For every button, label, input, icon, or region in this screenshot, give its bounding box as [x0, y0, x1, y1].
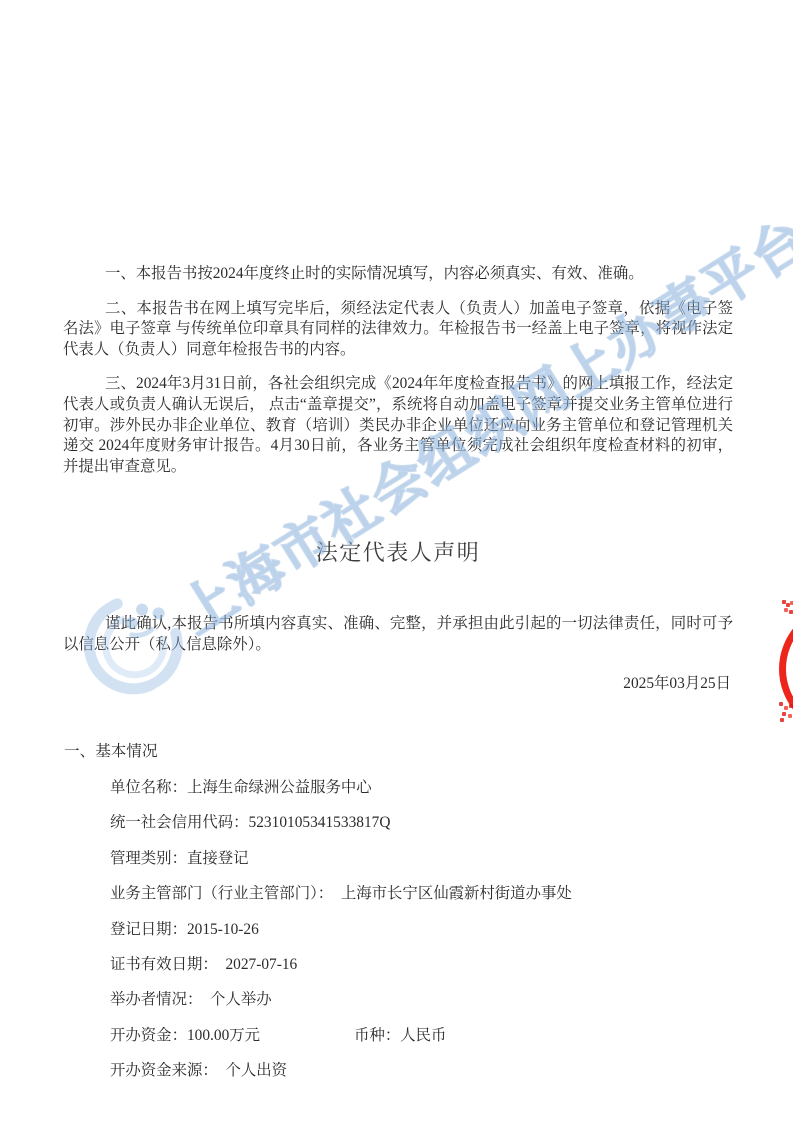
field-row-credit-code: 统一社会信用代码：52310105341533817Q	[110, 805, 734, 840]
field-value: 直接登记	[187, 850, 249, 867]
declaration-date: 2025年03月25日	[623, 671, 731, 693]
seal-text-fragment-bottom	[779, 702, 783, 706]
instruction-notes: 一、本报告书按2024年度终止时的实际情况填写，内容必须真实、有效、准确。 二、…	[63, 264, 733, 491]
field-label: 开办资金：	[110, 1027, 187, 1044]
field-value: 上海生命绿洲公益服务中心	[187, 779, 372, 796]
basic-info-fields: 单位名称：上海生命绿洲公益服务中心 统一社会信用代码：5231010534153…	[110, 770, 734, 1089]
field-value-currency: 人民币	[400, 1027, 446, 1044]
field-value: 52310105341533817Q	[249, 814, 391, 831]
field-value: 100.00万元	[187, 1027, 260, 1044]
official-seal-partial	[779, 604, 793, 734]
field-label: 登记日期：	[110, 921, 187, 938]
seal-text-fragment-top	[782, 600, 786, 604]
field-label: 开办资金来源：	[110, 1062, 210, 1079]
field-value: 2027-07-16	[210, 956, 297, 973]
declaration-title: 法定代表人声明	[63, 536, 733, 567]
field-label-currency: 币种：	[354, 1027, 400, 1044]
note-paragraph-1: 一、本报告书按2024年度终止时的实际情况填写，内容必须真实、有效、准确。	[63, 264, 733, 285]
field-row-certificate-valid-date: 证书有效日期： 2027-07-16	[110, 947, 734, 982]
section-heading-basic-info: 一、基本情况	[64, 739, 158, 761]
field-row-founder-type: 举办者情况： 个人举办	[110, 982, 734, 1017]
document-page: 上海市社会组织网上办事平台 一、本报告书按2024年度终止时的实际情况填写，内容…	[0, 0, 793, 1123]
field-label: 举办者情况：	[110, 991, 195, 1008]
field-label: 单位名称：	[110, 779, 187, 796]
field-row-initial-funding: 开办资金：100.00万元币种：人民币	[110, 1018, 734, 1053]
declaration-body: 谨此确认,本报告书所填内容真实、准确、完整，并承担由此引起的一切法律责任，同时可…	[63, 614, 733, 655]
field-row-registration-date: 登记日期：2015-10-26	[110, 912, 734, 947]
field-label: 证书有效日期：	[110, 956, 210, 973]
field-row-supervisory-department: 业务主管部门（行业主管部门）： 上海市长宁区仙霞新村街道办事处	[110, 876, 734, 911]
field-value: 2015-10-26	[187, 921, 259, 938]
field-label: 统一社会信用代码：	[110, 814, 249, 831]
note-paragraph-2: 二、本报告书在网上填写完毕后，须经法定代表人（负责人）加盖电子签章，依据《电子签…	[63, 299, 733, 361]
field-row-funding-source: 开办资金来源： 个人出资	[110, 1053, 734, 1088]
field-label: 管理类别：	[110, 850, 187, 867]
field-value: 上海市长宁区仙霞新村街道办事处	[325, 885, 571, 902]
field-label: 业务主管部门（行业主管部门）：	[110, 885, 325, 902]
field-value: 个人出资	[210, 1062, 287, 1079]
note-paragraph-3: 三、2024年3月31日前，各社会组织完成《2024年年度检查报告书》的网上填报…	[63, 374, 733, 477]
field-value: 个人举办	[195, 991, 272, 1008]
field-row-unit-name: 单位名称：上海生命绿洲公益服务中心	[110, 770, 734, 805]
field-row-management-type: 管理类别：直接登记	[110, 841, 734, 876]
